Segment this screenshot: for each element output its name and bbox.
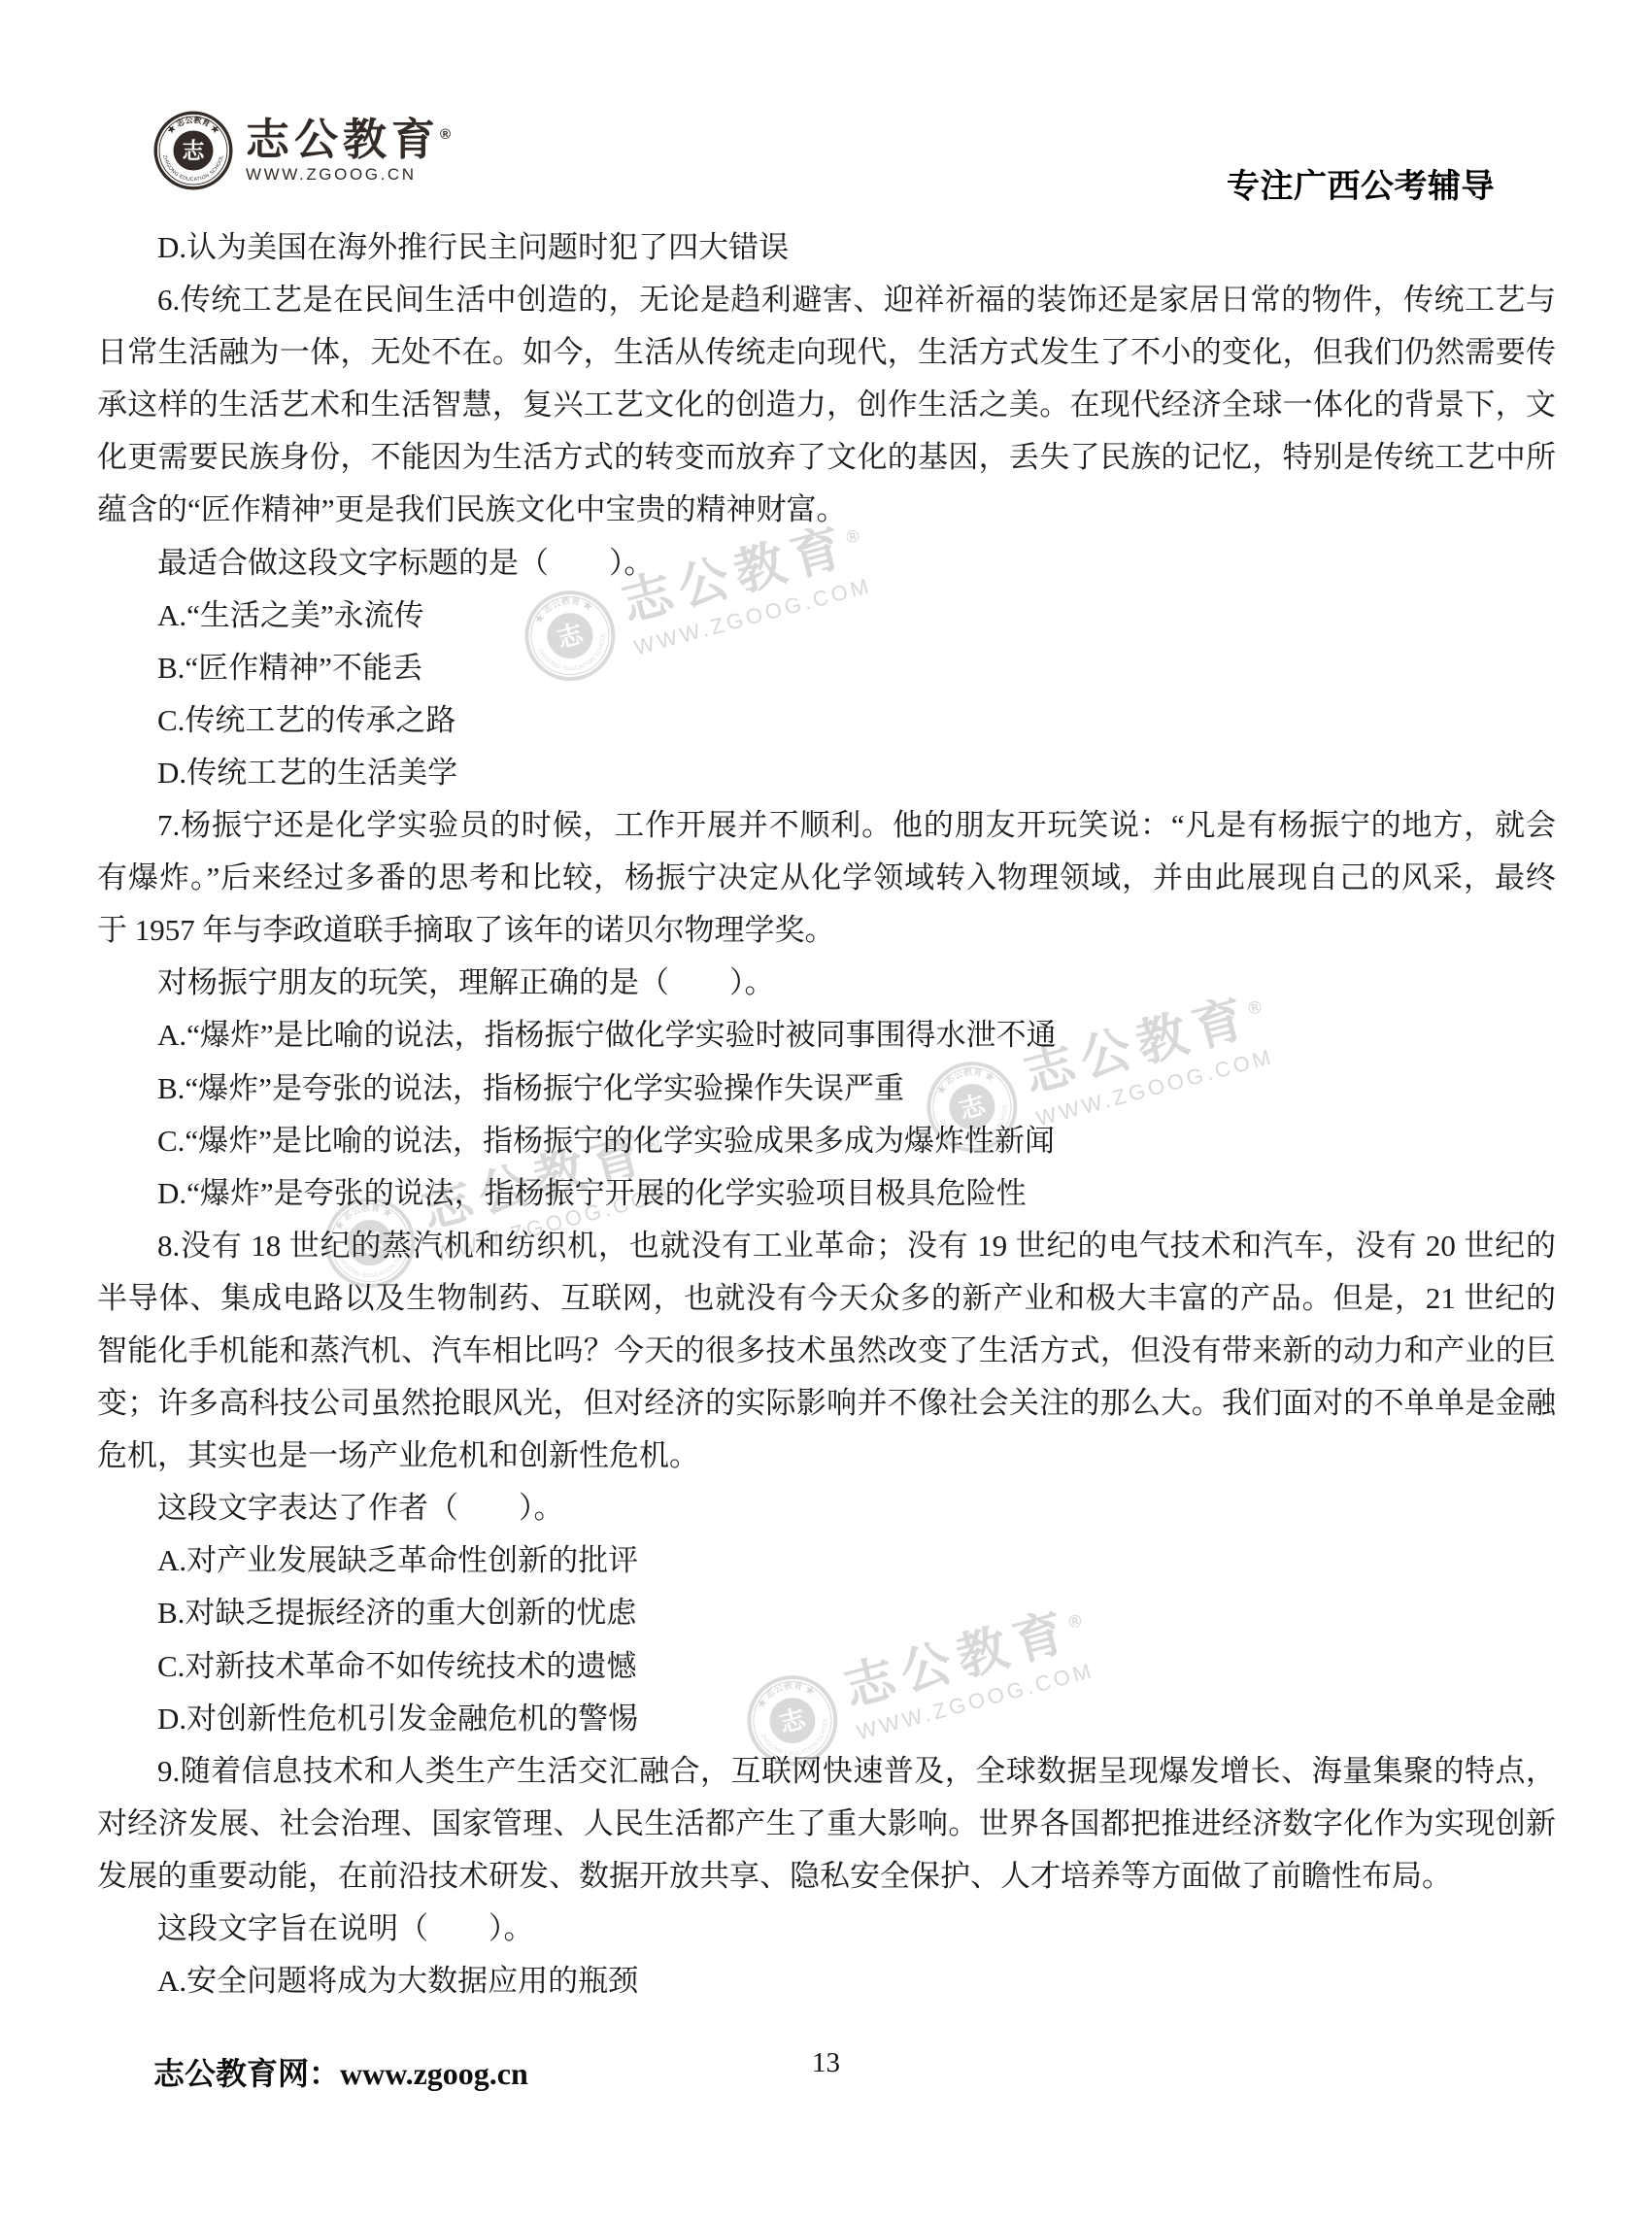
text-line: 危机，其实也是一场产业危机和创新性危机。 <box>97 1430 1556 1482</box>
brand-name: 志公教育® <box>246 117 451 162</box>
text-line: D.认为美国在海外推行民主问题时犯了四大错误 <box>97 221 1556 274</box>
text-line: 发展的重要动能，在前沿技术研发、数据开放共享、隐私安全保护、人才培养等方面做了前… <box>97 1850 1556 1903</box>
text-line: 日常生活融为一体，无处不在。如今，生活从传统走向现代，生活方式发生了不小的变化，… <box>97 326 1556 379</box>
registered-mark: ® <box>440 126 451 143</box>
text-line: B.“爆炸”是夸张的说法，指杨振宁化学实验操作失误严重 <box>97 1062 1556 1115</box>
text-line: 8.没有 18 世纪的蒸汽机和纺织机，也就没有工业革命；没有 19 世纪的电气技… <box>97 1220 1556 1272</box>
text-line: D.传统工艺的生活美学 <box>97 747 1556 799</box>
text-line: 这段文字表达了作者（ ）。 <box>97 1482 1556 1534</box>
text-line: C.“爆炸”是比喻的说法，指杨振宁的化学实验成果多成为爆炸性新闻 <box>97 1115 1556 1167</box>
text-line: 对经济发展、社会治理、国家管理、人民生活都产生了重大影响。世界各国都把推进经济数… <box>97 1798 1556 1850</box>
text-line: 蕴含的“匠作精神”更是我们民族文化中宝贵的精神财富。 <box>97 484 1556 536</box>
text-line: 智能化手机能和蒸汽机、汽车相比吗？今天的很多技术虽然改变了生活方式，但没有带来新… <box>97 1325 1556 1377</box>
text-line: A.“生活之美”永流传 <box>97 590 1556 642</box>
zhigong-logo: 志公教育® WWW.ZGOOG.CN <box>153 111 451 190</box>
document-page: 志公教育® WWW.ZGOOG.COM 志公教育® WWW.ZGOOG.COM … <box>0 0 1652 2225</box>
text-line: 最适合做这段文字标题的是（ ）。 <box>97 537 1556 590</box>
text-line: 承这样的生活艺术和生活智慧，复兴工艺文化的创造力，创作生活之美。在现代经济全球一… <box>97 379 1556 431</box>
header-tagline: 专注广西公考辅导 <box>1227 159 1495 207</box>
text-line: C.对新技术革命不如传统技术的遗憾 <box>97 1640 1556 1693</box>
text-line: D.“爆炸”是夸张的说法，指杨振宁开展的化学实验项目极具危险性 <box>97 1167 1556 1220</box>
text-line: 对杨振宁朋友的玩笑，理解正确的是（ ）。 <box>97 957 1556 1009</box>
text-line: A.“爆炸”是比喻的说法，指杨振宁做化学实验时被同事围得水泄不通 <box>97 1009 1556 1062</box>
text-line: C.传统工艺的传承之路 <box>97 694 1556 747</box>
text-line: A.安全问题将成为大数据应用的瓶颈 <box>97 1955 1556 2007</box>
text-line: B.对缺乏提振经济的重大创新的忧虑 <box>97 1587 1556 1639</box>
text-line: 于 1957 年与李政道联手摘取了该年的诺贝尔物理学奖。 <box>97 904 1556 957</box>
text-line: D.对创新性危机引发金融危机的警惕 <box>97 1693 1556 1745</box>
text-line: 半导体、集成电路以及生物制药、互联网，也就没有今天众多的新产业和极大丰富的产品。… <box>97 1272 1556 1325</box>
text-line: 这段文字旨在说明（ ）。 <box>97 1903 1556 1955</box>
text-line: 6.传统工艺是在民间生活中创造的，无论是趋利避害、迎祥祈福的装饰还是家居日常的物… <box>97 274 1556 326</box>
text-line: A.对产业发展缺乏革命性创新的批评 <box>97 1534 1556 1587</box>
page-number: 13 <box>0 2047 1652 2079</box>
text-line: B.“匠作精神”不能丢 <box>97 642 1556 694</box>
brand-url: WWW.ZGOOG.CN <box>246 165 451 185</box>
brand-block: 志公教育® WWW.ZGOOG.CN <box>246 117 451 185</box>
zhigong-seal-icon <box>153 111 233 190</box>
text-line: 有爆炸。”后来经过多番的思考和比较，杨振宁决定从化学领域转入物理领域，并由此展现… <box>97 852 1556 904</box>
text-line: 9.随着信息技术和人类生产生活交汇融合，互联网快速普及，全球数据呈现爆发增长、海… <box>97 1745 1556 1798</box>
text-line: 变；许多高科技公司虽然抢眼风光，但对经济的实际影响并不像社会关注的那么大。我们面… <box>97 1377 1556 1430</box>
text-line: 7.杨振宁还是化学实验员的时候，工作开展并不顺利。他的朋友开玩笑说：“凡是有杨振… <box>97 799 1556 852</box>
text-line: 化更需要民族身份，不能因为生活方式的转变而放弃了文化的基因，丢失了民族的记忆，特… <box>97 431 1556 484</box>
body-lines: D.认为美国在海外推行民主问题时犯了四大错误6.传统工艺是在民间生活中创造的，无… <box>97 221 1556 2007</box>
